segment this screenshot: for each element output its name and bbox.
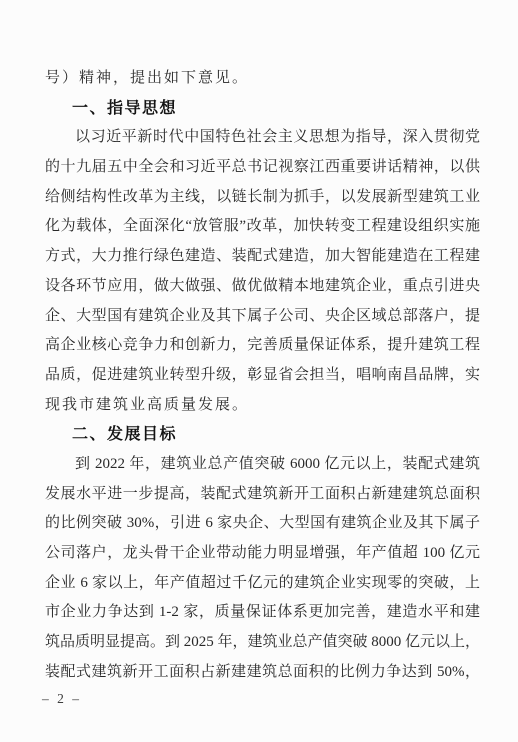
text-line: 以习近平新时代中国特色社会主义思想为指导，深入贯彻党 [45, 123, 480, 153]
text-line: 方式，大力推行绿色建造、装配式建造，加大智能建造在工程建 [45, 242, 480, 272]
text-line: 的十九届五中全会和习近平总书记视察江西重要讲话精神，以供 [45, 153, 480, 183]
text-line: 企业 6 家以上，年产值超过千亿元的建筑企业实现零的突破，上 [45, 569, 480, 599]
section-heading-guiding-ideology: 一、指导思想 [45, 94, 480, 124]
section-heading-development-goals: 二、发展目标 [45, 420, 480, 450]
text-line: 公司落户，龙头骨干企业带动能力明显增强，年产值超 100 亿元 [45, 539, 480, 569]
text-line: 设各环节应用，做大做强、做优做精本地建筑企业，重点引进央 [45, 272, 480, 302]
text-line: 的比例突破 30%，引进 6 家央企、大型国有建筑企业及其下属子 [45, 509, 480, 539]
document-page: 号）精神，提出如下意见。 一、指导思想 以习近平新时代中国特色社会主义思想为指导… [0, 0, 518, 742]
text-line: 装配式建筑新开工面积占新建建筑总面积的比例力争达到 50%， [45, 658, 480, 688]
text-line: 到 2022 年，建筑业总产值突破 6000 亿元以上，装配式建筑 [45, 450, 480, 480]
document-body: 号）精神，提出如下意见。 一、指导思想 以习近平新时代中国特色社会主义思想为指导… [45, 64, 480, 687]
text-line: 给侧结构性改革为主线，以链长制为抓手，以发展新型建筑工业 [45, 183, 480, 213]
text-line: 发展水平进一步提高，装配式建筑新开工面积占新建建筑总面积 [45, 480, 480, 510]
page-number: – 2 – [42, 691, 82, 707]
text-line: 品质，促进建筑业转型升级，彰显省会担当，唱响南昌品牌，实 [45, 361, 480, 391]
text-line: 现我市建筑业高质量发展。 [45, 391, 480, 421]
text-line: 市企业力争达到 1-2 家，质量保证体系更加完善，建造水平和建 [45, 598, 480, 628]
text-line: 企、大型国有建筑企业及其下属子公司、央企区域总部落户，提 [45, 302, 480, 332]
text-line: 高企业核心竞争力和创新力，完善质量保证体系，提升建筑工程 [45, 331, 480, 361]
text-line: 化为载体，全面深化“放管服”改革，加快转变工程建设组织实施 [45, 212, 480, 242]
text-line: 筑品质明显提高。到 2025 年，建筑业总产值突破 8000 亿元以上， [45, 628, 480, 658]
text-line: 号）精神，提出如下意见。 [45, 64, 480, 94]
